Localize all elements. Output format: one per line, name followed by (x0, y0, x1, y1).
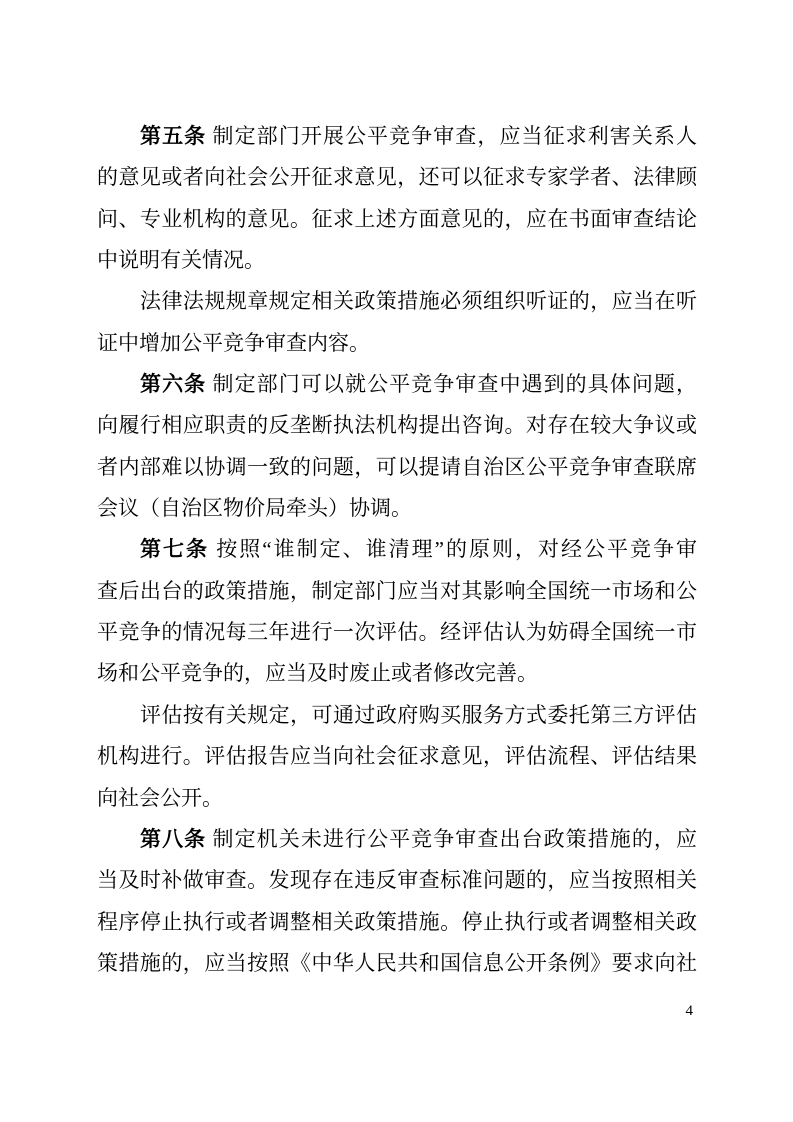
text-line: 证中增加公平竞争审查内容。 (97, 323, 697, 364)
text-line: 向社会公开。 (97, 778, 697, 819)
text-line: 法律法规规章规定相关政策措施必须组织听证的，应当在听 (97, 281, 697, 322)
text-line: 机构进行。评估报告应当向社会征求意见，评估流程、评估结果 (97, 736, 697, 777)
text-line: 向履行相应职责的反垄断执法机构提出咨询。对存在较大争议或 (97, 405, 697, 446)
paragraph: 第七条 按照“谁制定、谁清理”的原则，对经公平竞争审查后出台的政策措施，制定部门… (97, 529, 697, 694)
text-line: 中说明有关情况。 (97, 240, 697, 281)
paragraph: 第八条 制定机关未进行公平竞争审查出台政策措施的，应当及时补做审查。发现存在违反… (97, 819, 697, 984)
paragraph: 第六条 制定部门可以就公平竞争审查中遇到的具体问题，向履行相应职责的反垄断执法机… (97, 364, 697, 529)
document-page: 第五条 制定部门开展公平竞争审查，应当征求利害关系人的意见或者向社会公开征求意见… (0, 0, 793, 1122)
text-line: 第七条 按照“谁制定、谁清理”的原则，对经公平竞争审 (97, 529, 697, 570)
text-line: 评估按有关规定，可通过政府购买服务方式委托第三方评估 (97, 695, 697, 736)
text-line: 平竞争的情况每三年进行一次评估。经评估认为妨碍全国统一市 (97, 612, 697, 653)
text-line: 第八条 制定机关未进行公平竞争审查出台政策措施的，应 (97, 819, 697, 860)
text-line: 会议（自治区物价局牵头）协调。 (97, 488, 697, 529)
page-number: 4 (0, 1001, 693, 1021)
text-line: 查后出台的政策措施，制定部门应当对其影响全国统一市场和公 (97, 571, 697, 612)
text-line: 场和公平竞争的，应当及时废止或者修改完善。 (97, 653, 697, 694)
document-body: 第五条 制定部门开展公平竞争审查，应当征求利害关系人的意见或者向社会公开征求意见… (97, 116, 697, 984)
article-number: 第八条 (140, 827, 206, 851)
text-line: 策措施的，应当按照《中华人民共和国信息公开条例》要求向社 (97, 943, 697, 984)
text-line: 第五条 制定部门开展公平竞争审查，应当征求利害关系人 (97, 116, 697, 157)
text-line: 第六条 制定部门可以就公平竞争审查中遇到的具体问题， (97, 364, 697, 405)
text-line: 当及时补做审查。发现存在违反审查标准问题的，应当按照相关 (97, 860, 697, 901)
article-number: 第六条 (140, 372, 206, 396)
paragraph: 评估按有关规定，可通过政府购买服务方式委托第三方评估机构进行。评估报告应当向社会… (97, 695, 697, 819)
text-line: 者内部难以协调一致的问题，可以提请自治区公平竞争审查联席 (97, 447, 697, 488)
text-line: 程序停止执行或者调整相关政策措施。停止执行或者调整相关政 (97, 902, 697, 943)
text-line: 的意见或者向社会公开征求意见，还可以征求专家学者、法律顾 (97, 157, 697, 198)
article-number: 第五条 (140, 124, 206, 148)
article-number: 第七条 (140, 537, 209, 561)
text-line: 问、专业机构的意见。征求上述方面意见的，应在书面审查结论 (97, 199, 697, 240)
paragraph: 法律法规规章规定相关政策措施必须组织听证的，应当在听证中增加公平竞争审查内容。 (97, 281, 697, 364)
paragraph: 第五条 制定部门开展公平竞争审查，应当征求利害关系人的意见或者向社会公开征求意见… (97, 116, 697, 281)
